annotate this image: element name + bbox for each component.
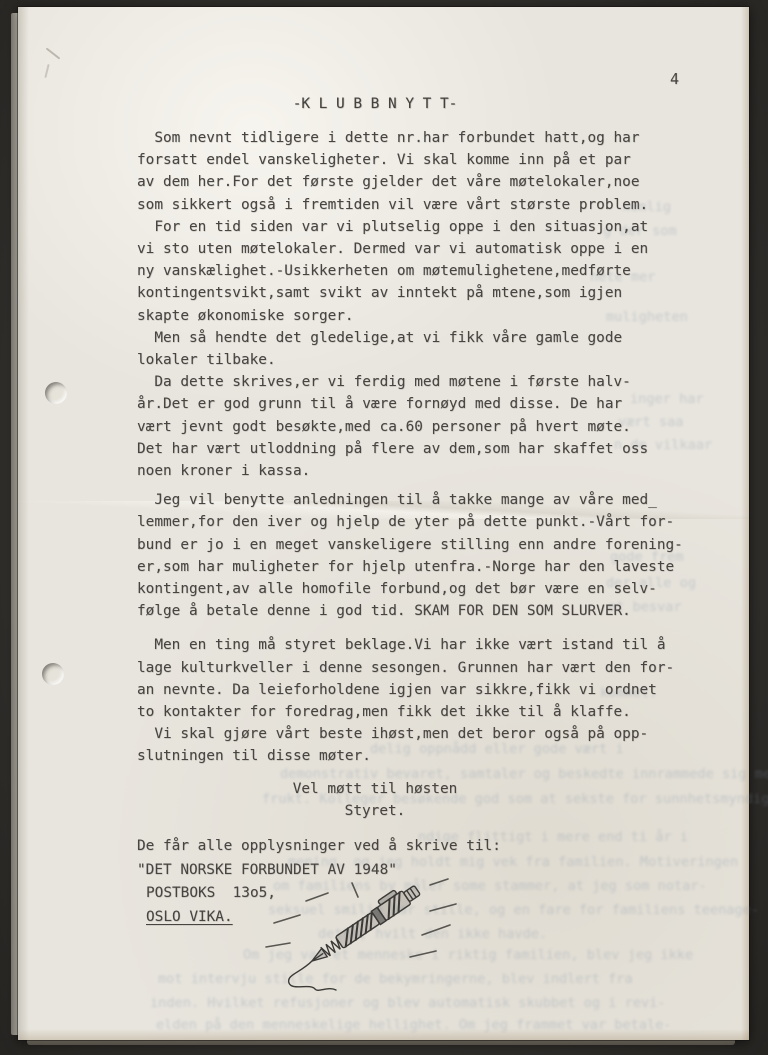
text-line: Men en ting må styret beklage.Vi har ikk… xyxy=(137,634,665,656)
text-line: Det har vært utloddning på flere av dem,… xyxy=(137,438,665,460)
text-line: kontingent,av alle homofile forbund,og d… xyxy=(137,578,665,600)
paragraph: Men en ting må styret beklage.Vi har ikk… xyxy=(137,634,665,723)
page-title: -K L U B B N Y T T- xyxy=(111,93,639,115)
text-line: ny vanskælighet.-Usikkerheten om møtemul… xyxy=(137,260,665,282)
text-line: kontingentsvikt,samt svikt av inntekt på… xyxy=(137,282,665,304)
text-line: noen kroner i kassa. xyxy=(137,460,665,482)
closing-salutation: Vel møtt til høsten xyxy=(111,778,639,800)
paragraph: Jeg vil benytte anledningen til å takke … xyxy=(137,489,665,622)
text-line: Men så hendte det gledelige,at vi fikk v… xyxy=(137,327,665,349)
page-number: 4 xyxy=(670,70,679,88)
text-line: Vi skal gjøre vårt beste ihøst,men det b… xyxy=(137,723,665,745)
text-line: år.Det er god grunn til å være fornøyd m… xyxy=(137,393,665,415)
closing-signature: Styret. xyxy=(111,800,639,822)
text-line: vært jevnt godt besøkte,med ca.60 person… xyxy=(137,416,665,438)
punch-hole-bottom xyxy=(42,663,64,685)
document-body: Som nevnt tidligere i dette nr.har forbu… xyxy=(137,127,665,768)
bleedthrough-text: elden på den menneskelige hellighet. Om … xyxy=(156,1015,672,1035)
text-line: For en tid siden var vi plutselig oppe i… xyxy=(137,216,665,238)
text-line: som sikkert også i fremtiden vil være vå… xyxy=(137,194,665,216)
text-line: følge å betale denne i god tid. SKAM FOR… xyxy=(137,600,665,622)
closing-block: Vel møtt til høsten Styret. xyxy=(111,778,639,822)
paper-scratch xyxy=(44,64,49,78)
paragraph: Da dette skrives,er vi ferdig med møtene… xyxy=(137,371,665,482)
text-line: lokaler tilbake. xyxy=(137,349,665,371)
paper-scratch xyxy=(46,47,61,59)
text-line: av dem her.For det første gjelder det vå… xyxy=(137,171,665,193)
text-line: slutningen til disse møter. xyxy=(137,745,665,767)
text-line: vi sto uten møtelokaler. Dermed var vi a… xyxy=(137,238,665,260)
punch-hole-top xyxy=(45,382,67,404)
text-line: lemmer,for den iver og hjelp de yter på … xyxy=(137,511,665,533)
text-line: to kontakter for foredrag,men fikk det i… xyxy=(137,701,665,723)
text-line: lage kulturkveller i denne sesongen. Gru… xyxy=(137,657,665,679)
paragraph: For en tid siden var vi plutselig oppe i… xyxy=(137,216,665,327)
paragraph: Men så hendte det gledelige,at vi fikk v… xyxy=(137,327,665,371)
paragraph: Vi skal gjøre vårt beste ihøst,men det b… xyxy=(137,723,665,767)
text-line: er,som har muligheter for hjelp utenfra.… xyxy=(137,556,665,578)
text-line: Som nevnt tidligere i dette nr.har forbu… xyxy=(137,127,665,149)
fountain-pen-sketch xyxy=(258,871,463,999)
paragraph: Som nevnt tidligere i dette nr.har forbu… xyxy=(137,127,665,216)
text-line: Da dette skrives,er vi ferdig med møtene… xyxy=(137,371,665,393)
document-text-column: -K L U B B N Y T T- Som nevnt tidligere … xyxy=(137,93,665,929)
text-line: forsatt endel vanskeligheter. Vi skal ko… xyxy=(137,149,665,171)
contact-intro: De får alle opplysninger ved å skrive ti… xyxy=(137,835,665,859)
text-line: an nevnte. Da leieforholdene igjen var s… xyxy=(137,679,665,701)
document-page: nemligg der somhete mermuligheteninger h… xyxy=(18,7,749,1040)
text-line: bund er jo i en meget vanskeligere still… xyxy=(137,534,665,556)
text-line: skapte økonomiske sorger. xyxy=(137,305,665,327)
text-line: Jeg vil benytte anledningen til å takke … xyxy=(137,489,665,511)
